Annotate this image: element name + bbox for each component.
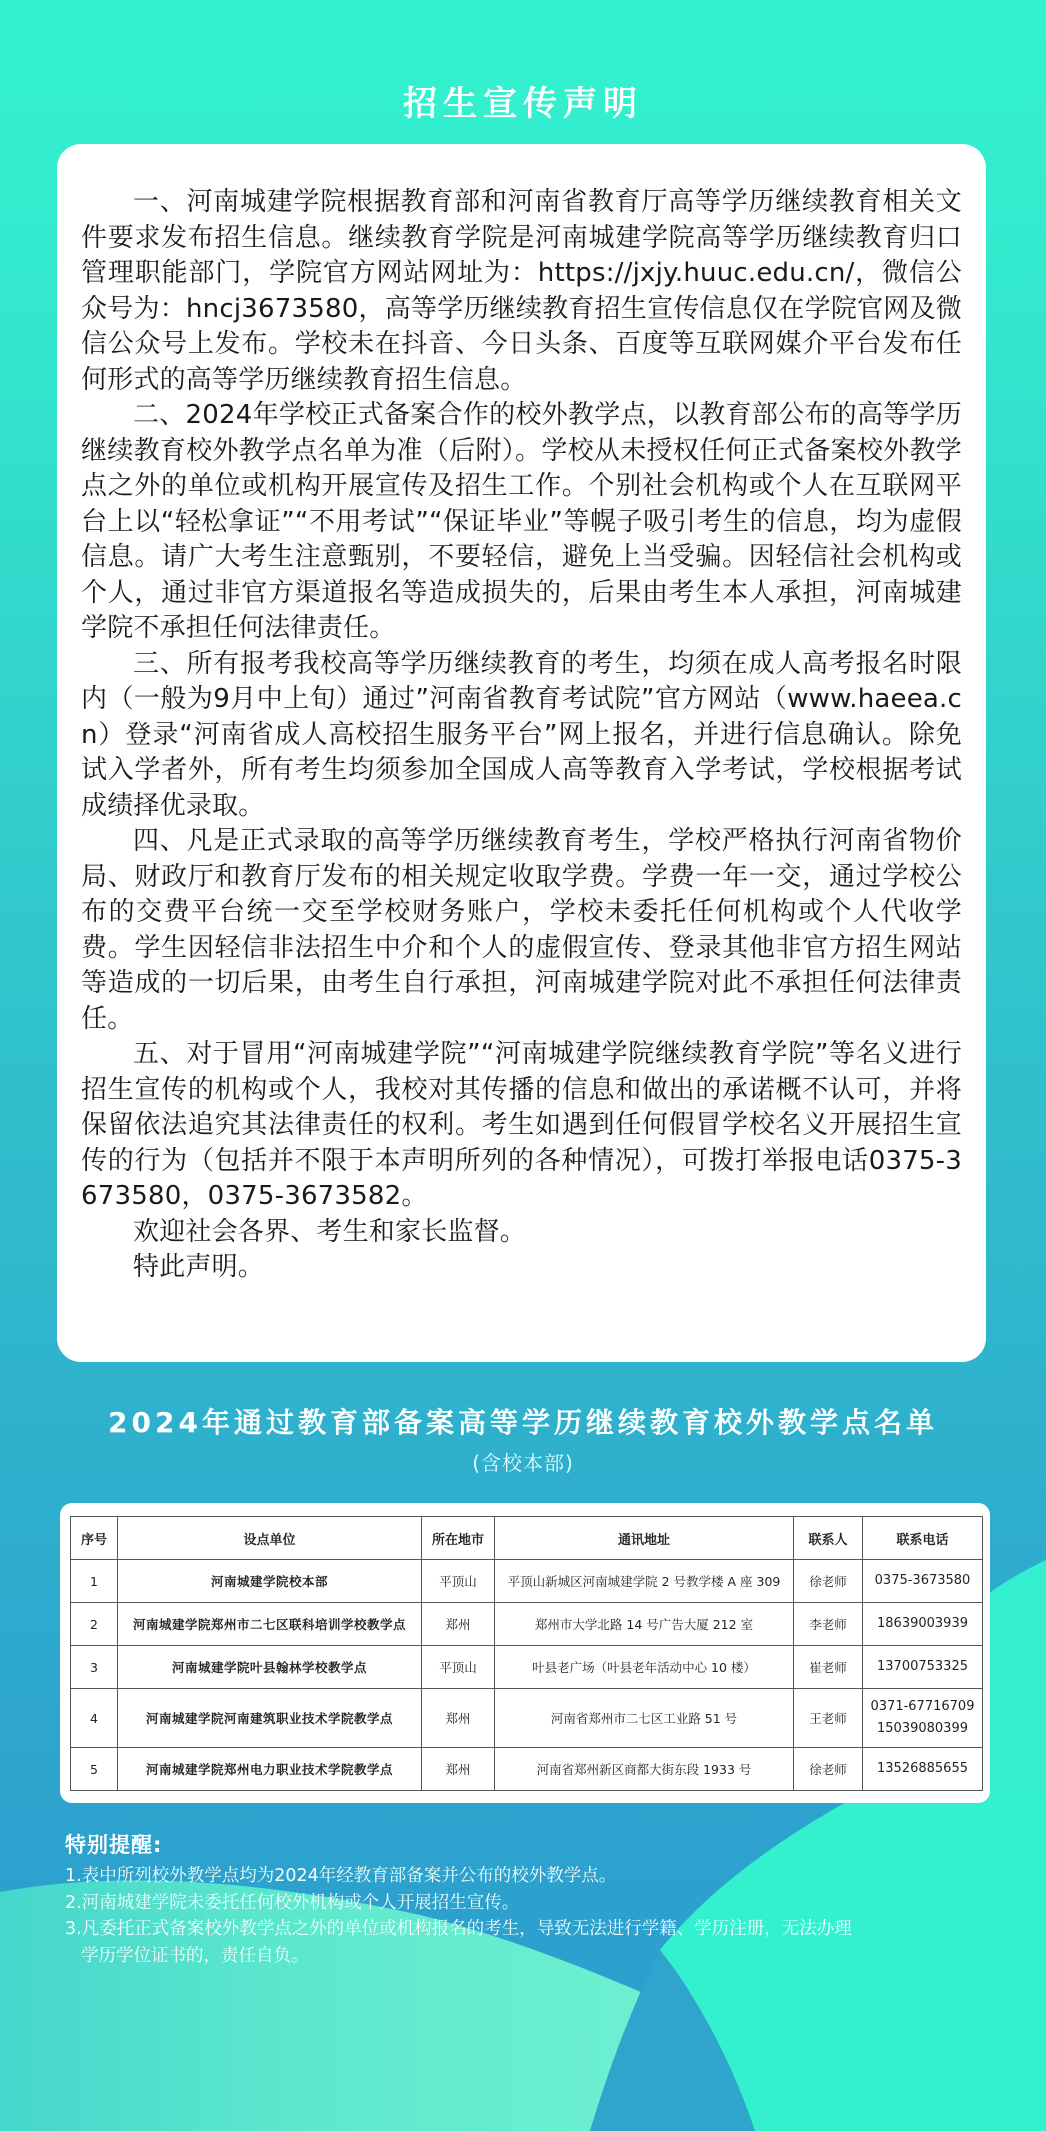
cell-address: 叶县老广场（叶县老年活动中心 10 楼） <box>495 1646 794 1689</box>
col-header-address: 通讯地址 <box>495 1517 794 1560</box>
cell-contact: 王老师 <box>794 1689 863 1748</box>
cell-no: 1 <box>71 1560 118 1603</box>
statement-paragraph-2: 二、2024年学校正式备案合作的校外教学点，以教育部公布的高等学历继续教育校外教… <box>81 398 962 647</box>
cell-address: 河南省郑州市二七区工业路 51 号 <box>495 1689 794 1748</box>
cell-city: 郑州 <box>422 1689 495 1748</box>
cell-unit: 河南城建学院校本部 <box>118 1560 422 1603</box>
table-row: 3 河南城建学院叶县翰林学校教学点 平顶山 叶县老广场（叶县老年活动中心 10 … <box>71 1646 983 1689</box>
statement-paragraph-3: 三、所有报考我校高等学历继续教育的考生，均须在成人高考报名时限内（一般为9月中上… <box>81 647 962 825</box>
cell-no: 4 <box>71 1689 118 1748</box>
cell-unit: 河南城建学院郑州电力职业技术学院教学点 <box>118 1748 422 1791</box>
note-item-3-continued: 学历学位证书的，责任自负。 <box>65 1943 995 1970</box>
sites-table: 序号 设点单位 所在地市 通讯地址 联系人 联系电话 1 河南城建学院校本部 平… <box>70 1516 983 1791</box>
col-header-no: 序号 <box>71 1517 118 1560</box>
cell-phone: 0375-3673580 <box>863 1560 983 1603</box>
cell-city: 平顶山 <box>422 1646 495 1689</box>
cell-no: 5 <box>71 1748 118 1791</box>
cell-unit: 河南城建学院郑州市二七区联科培训学校教学点 <box>118 1603 422 1646</box>
statement-paragraph-1: 一、河南城建学院根据教育部和河南省教育厅高等学历继续教育相关文件要求发布招生信息… <box>81 185 962 398</box>
sites-table-card: 序号 设点单位 所在地市 通讯地址 联系人 联系电话 1 河南城建学院校本部 平… <box>60 1503 990 1803</box>
note-item-2: 2.河南城建学院未委托任何校外机构或个人开展招生宣传。 <box>65 1890 995 1917</box>
table-row: 2 河南城建学院郑州市二七区联科培训学校教学点 郑州 郑州市大学北路 14 号广… <box>71 1603 983 1646</box>
table-row: 1 河南城建学院校本部 平顶山 平顶山新城区河南城建学院 2 号教学楼 A 座 … <box>71 1560 983 1603</box>
statement-closing-2: 特此声明。 <box>81 1250 962 1286</box>
cell-city: 郑州 <box>422 1603 495 1646</box>
cell-phone: 18639003939 <box>863 1603 983 1646</box>
cell-city: 郑州 <box>422 1748 495 1791</box>
cell-contact: 徐老师 <box>794 1560 863 1603</box>
cell-address: 郑州市大学北路 14 号广告大厦 212 室 <box>495 1603 794 1646</box>
statement-body: 一、河南城建学院根据教育部和河南省教育厅高等学历继续教育相关文件要求发布招生信息… <box>81 185 962 1286</box>
cell-address: 平顶山新城区河南城建学院 2 号教学楼 A 座 309 <box>495 1560 794 1603</box>
cell-phone: 13526885655 <box>863 1748 983 1791</box>
cell-phone: 0371-67716709 15039080399 <box>863 1689 983 1748</box>
statement-paragraph-4: 四、凡是正式录取的高等学历继续教育考生，学校严格执行河南省物价局、财政厅和教育厅… <box>81 824 962 1037</box>
cell-phone: 13700753325 <box>863 1646 983 1689</box>
cell-unit: 河南城建学院河南建筑职业技术学院教学点 <box>118 1689 422 1748</box>
cell-phone-line-2: 15039080399 <box>865 1718 980 1740</box>
table-row: 5 河南城建学院郑州电力职业技术学院教学点 郑州 河南省郑州新区商都大街东段 1… <box>71 1748 983 1791</box>
cell-address: 河南省郑州新区商都大街东段 1933 号 <box>495 1748 794 1791</box>
list-subtitle: (含校本部) <box>0 1449 1046 1477</box>
cell-phone-line-1: 0371-67716709 <box>865 1696 980 1718</box>
col-header-phone: 联系电话 <box>863 1517 983 1560</box>
notes-heading: 特别提醒: <box>65 1830 995 1860</box>
statement-closing-1: 欢迎社会各界、考生和家长监督。 <box>81 1215 962 1251</box>
cell-no: 2 <box>71 1603 118 1646</box>
cell-unit: 河南城建学院叶县翰林学校教学点 <box>118 1646 422 1689</box>
page-title: 招生宣传声明 <box>0 82 1046 126</box>
list-title: 2024年通过教育部备案高等学历继续教育校外教学点名单 <box>0 1403 1046 1443</box>
note-item-3: 3.凡委托正式备案校外教学点之外的单位或机构报名的考生，导致无法进行学籍、学历注… <box>65 1916 995 1943</box>
cell-contact: 李老师 <box>794 1603 863 1646</box>
table-row: 4 河南城建学院河南建筑职业技术学院教学点 郑州 河南省郑州市二七区工业路 51… <box>71 1689 983 1748</box>
special-notes: 特别提醒: 1.表中所列校外教学点均为2024年经教育部备案并公布的校外教学点。… <box>65 1830 995 1970</box>
col-header-city: 所在地市 <box>422 1517 495 1560</box>
cell-contact: 崔老师 <box>794 1646 863 1689</box>
cell-city: 平顶山 <box>422 1560 495 1603</box>
cell-contact: 徐老师 <box>794 1748 863 1791</box>
note-item-1: 1.表中所列校外教学点均为2024年经教育部备案并公布的校外教学点。 <box>65 1863 995 1890</box>
cell-no: 3 <box>71 1646 118 1689</box>
col-header-contact: 联系人 <box>794 1517 863 1560</box>
col-header-unit: 设点单位 <box>118 1517 422 1560</box>
table-header-row: 序号 设点单位 所在地市 通讯地址 联系人 联系电话 <box>71 1517 983 1560</box>
statement-paragraph-5: 五、对于冒用“河南城建学院”“河南城建学院继续教育学院”等名义进行招生宣传的机构… <box>81 1037 962 1215</box>
